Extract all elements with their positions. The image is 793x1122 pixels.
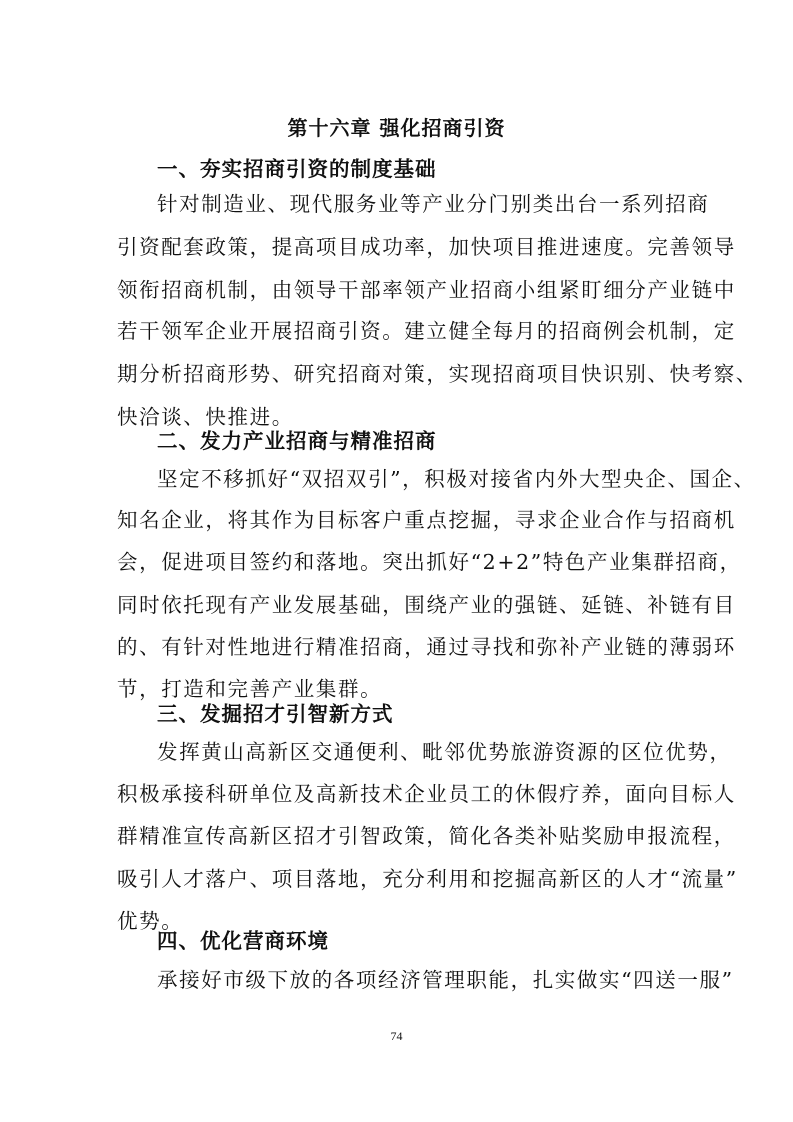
paragraph-line: 会，促进项目签约和落地。突出抓好“2+2”特色产业集群招商， [117,545,742,575]
document-page: 第十六章 强化招商引资 一、夯实招商引资的制度基础 针对制造业、现代服务业等产业… [0,0,793,1122]
chapter-title: 第十六章 强化招商引资 [0,112,793,141]
paragraph-line: 发挥黄山高新区交通便利、毗邻优势旅游资源的区位优势， [157,735,732,765]
page-number: 74 [0,1029,793,1044]
section-heading-1: 一、夯实招商引资的制度基础 [157,152,437,182]
paragraph-line: 群精准宣传高新区招才引智政策，简化各类补贴奖励申报流程， [117,819,736,849]
paragraph-line: 引资配套政策，提高项目成功率，加快项目推进速度。完善领导 [117,230,736,260]
paragraph-line: 坚定不移抓好“双招双引”，积极对接省内外大型央企、国企、 [157,462,756,492]
section-heading-3: 三、发掘招才引智新方式 [157,697,394,727]
paragraph-line: 吸引人才落户、项目落地，充分利用和挖掘高新区的人才“流量” [117,862,738,892]
paragraph-line: 知名企业，将其作为目标客户重点挖掘，寻求企业合作与招商机 [117,503,736,533]
paragraph-line: 针对制造业、现代服务业等产业分门别类出台一系列招商 [157,187,710,217]
paragraph-line: 的、有针对性地进行精准招商，通过寻找和弥补产业链的薄弱环 [117,630,736,660]
paragraph-line: 承接好市级下放的各项经济管理职能，扎实做实“四送一服” [157,963,734,993]
paragraph-line: 同时依托现有产业发展基础，围绕产业的强链、延链、补链有目 [117,588,736,618]
section-heading-2: 二、发力产业招商与精准招商 [157,424,437,454]
paragraph-line: 若干领军企业开展招商引资。建立健全每月的招商例会机制，定 [117,314,736,344]
paragraph-line: 期分析招商形势、研究招商对策，实现招商项目快识别、快考察、 [117,357,758,387]
section-heading-4: 四、优化营商环境 [157,924,329,954]
paragraph-line: 积极承接科研单位及高新技术企业员工的休假疗养，面向目标人 [117,777,736,807]
paragraph-line: 领衔招商机制，由领导干部率领产业招商小组紧盯细分产业链中 [117,273,736,303]
